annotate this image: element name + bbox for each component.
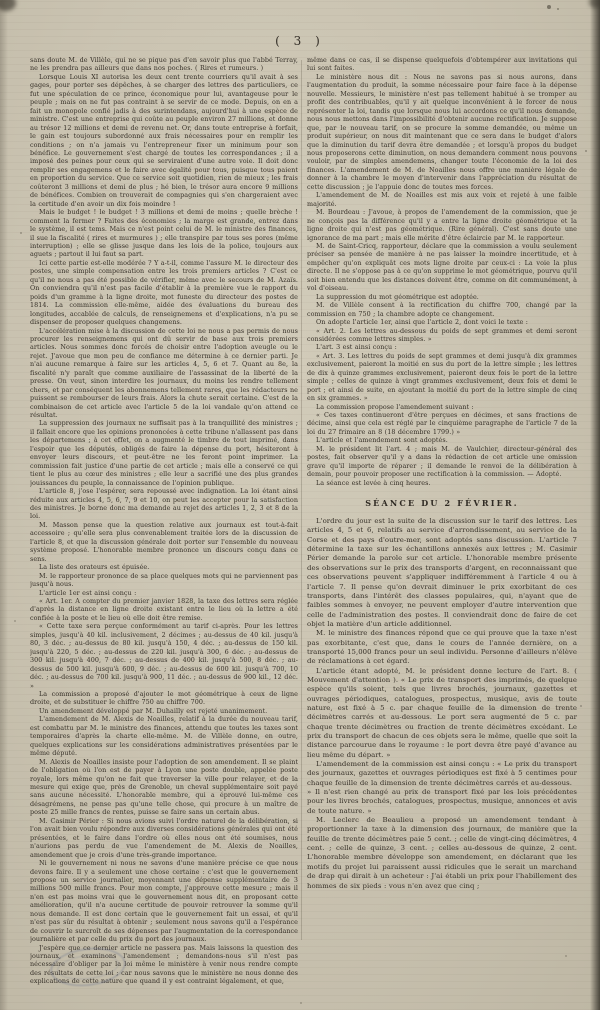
- paragraph: Le ministère nous dit : Nous ne savons p…: [307, 73, 577, 191]
- paragraph: « Art. 2. Les lettres au-dessous du poid…: [307, 327, 577, 344]
- paragraph: « Art. 1er. A compter du premier janvier…: [30, 597, 298, 622]
- paragraph: M. de Saint-Cricq, rapporteur, déclare q…: [307, 242, 577, 293]
- paragraph: L'amendement de M. Alexis de Noailles, r…: [30, 715, 298, 757]
- paragraph: L'amendement de la commission est ainsi …: [307, 760, 577, 788]
- paragraph: Mais le budget ! le budget ! 3 millions …: [30, 208, 298, 259]
- page-edge-right: [590, 0, 600, 1010]
- paragraph: L'amendement de M. de Noailles est mis a…: [307, 191, 577, 208]
- paragraph: « Cette taxe sera perçue conformément au…: [30, 622, 298, 690]
- paper-speckles: [0, 0, 2, 2]
- paragraph: « Art. 3. Les lettres du poids de sept g…: [307, 352, 577, 403]
- right-column: même dans ce cas, il se dispense quelque…: [307, 56, 577, 1002]
- right-column-part1: même dans ce cas, il se dispense quelque…: [307, 56, 577, 487]
- paragraph: L'article étant adopté, M. le président …: [307, 667, 577, 760]
- paragraph: La suppression des journaux ne suffisait…: [30, 419, 298, 487]
- paragraph: M. de Villèle consent à la rectification…: [307, 301, 577, 318]
- paragraph: Ici cette partie est-elle modérée ? Y a-…: [30, 259, 298, 327]
- paragraph: L'article 1er est ainsi conçu :: [30, 589, 298, 597]
- ink-smudge-top-left: [0, 0, 16, 11]
- paragraph: M. le président lit l'art. 4 ; mais M. d…: [307, 445, 577, 479]
- session-heading: SÉANCE DU 2 FÉVRIER.: [307, 498, 577, 508]
- paragraph: L'article et l'amendement sont adoptés.: [307, 436, 577, 444]
- newspaper-page-scan: ( 3 ) sans doute M. de Villèle, qui ne s…: [0, 0, 600, 1010]
- paragraph: Ni le gouvernement ni nous ne savons d'u…: [30, 859, 298, 944]
- paragraph: » Il n'est rien changé au prix de transp…: [307, 788, 577, 816]
- paragraph: M. Masson pense que la question relative…: [30, 521, 298, 563]
- paragraph: M. le ministre des finances répond que c…: [307, 629, 577, 666]
- left-column: sans doute M. de Villèle, qui ne se piqu…: [30, 56, 298, 1002]
- paragraph: même dans ce cas, il se dispense quelque…: [307, 56, 577, 73]
- page-number: ( 3 ): [0, 34, 600, 48]
- page-edge-left: [0, 0, 8, 1010]
- paragraph: M. le rapporteur prononce de sa place qu…: [30, 572, 298, 589]
- paragraph: La séance est levée à cinq heures.: [307, 479, 577, 487]
- paragraph: La liste des orateurs est épuisée.: [30, 563, 298, 571]
- paragraph: L'article 8, j'ose l'espérer, sera repou…: [30, 487, 298, 521]
- paragraph: « Ces taxes continueront d'être perçues …: [307, 411, 577, 436]
- paragraph: L'accélération mise à la discussion de c…: [30, 327, 298, 420]
- paragraph: M. Leclerc de Beaulieu a proposé un amen…: [307, 816, 577, 891]
- paragraph: L'art. 3 est ainsi conçu :: [307, 343, 577, 351]
- paragraph: M. Casimir Périer : Si nous avions suivi…: [30, 817, 298, 859]
- paragraph: La suppression du mot géométrique est ad…: [307, 293, 577, 301]
- paragraph: Lorsque Louis XI autorisa les deux cent …: [30, 73, 298, 208]
- paragraph: La commission propose l'amendement suiva…: [307, 403, 577, 411]
- paragraph: M. Alexis de Noailles insiste pour l'ado…: [30, 758, 298, 817]
- paragraph: sans doute M. de Villèle, qui ne se piqu…: [30, 56, 298, 73]
- paragraph: On adopte l'article 1er, ainsi que l'art…: [307, 318, 577, 326]
- paragraph: L'ordre du jour est la suite de la discu…: [307, 517, 577, 629]
- column-divider-rule: [301, 60, 302, 940]
- right-column-part2: L'ordre du jour est la suite de la discu…: [307, 517, 577, 891]
- paragraph: M. Bourdeau : J'avoue, à propos de l'ame…: [307, 208, 577, 242]
- paragraph: La commission a proposé d'ajouter le mot…: [30, 690, 298, 707]
